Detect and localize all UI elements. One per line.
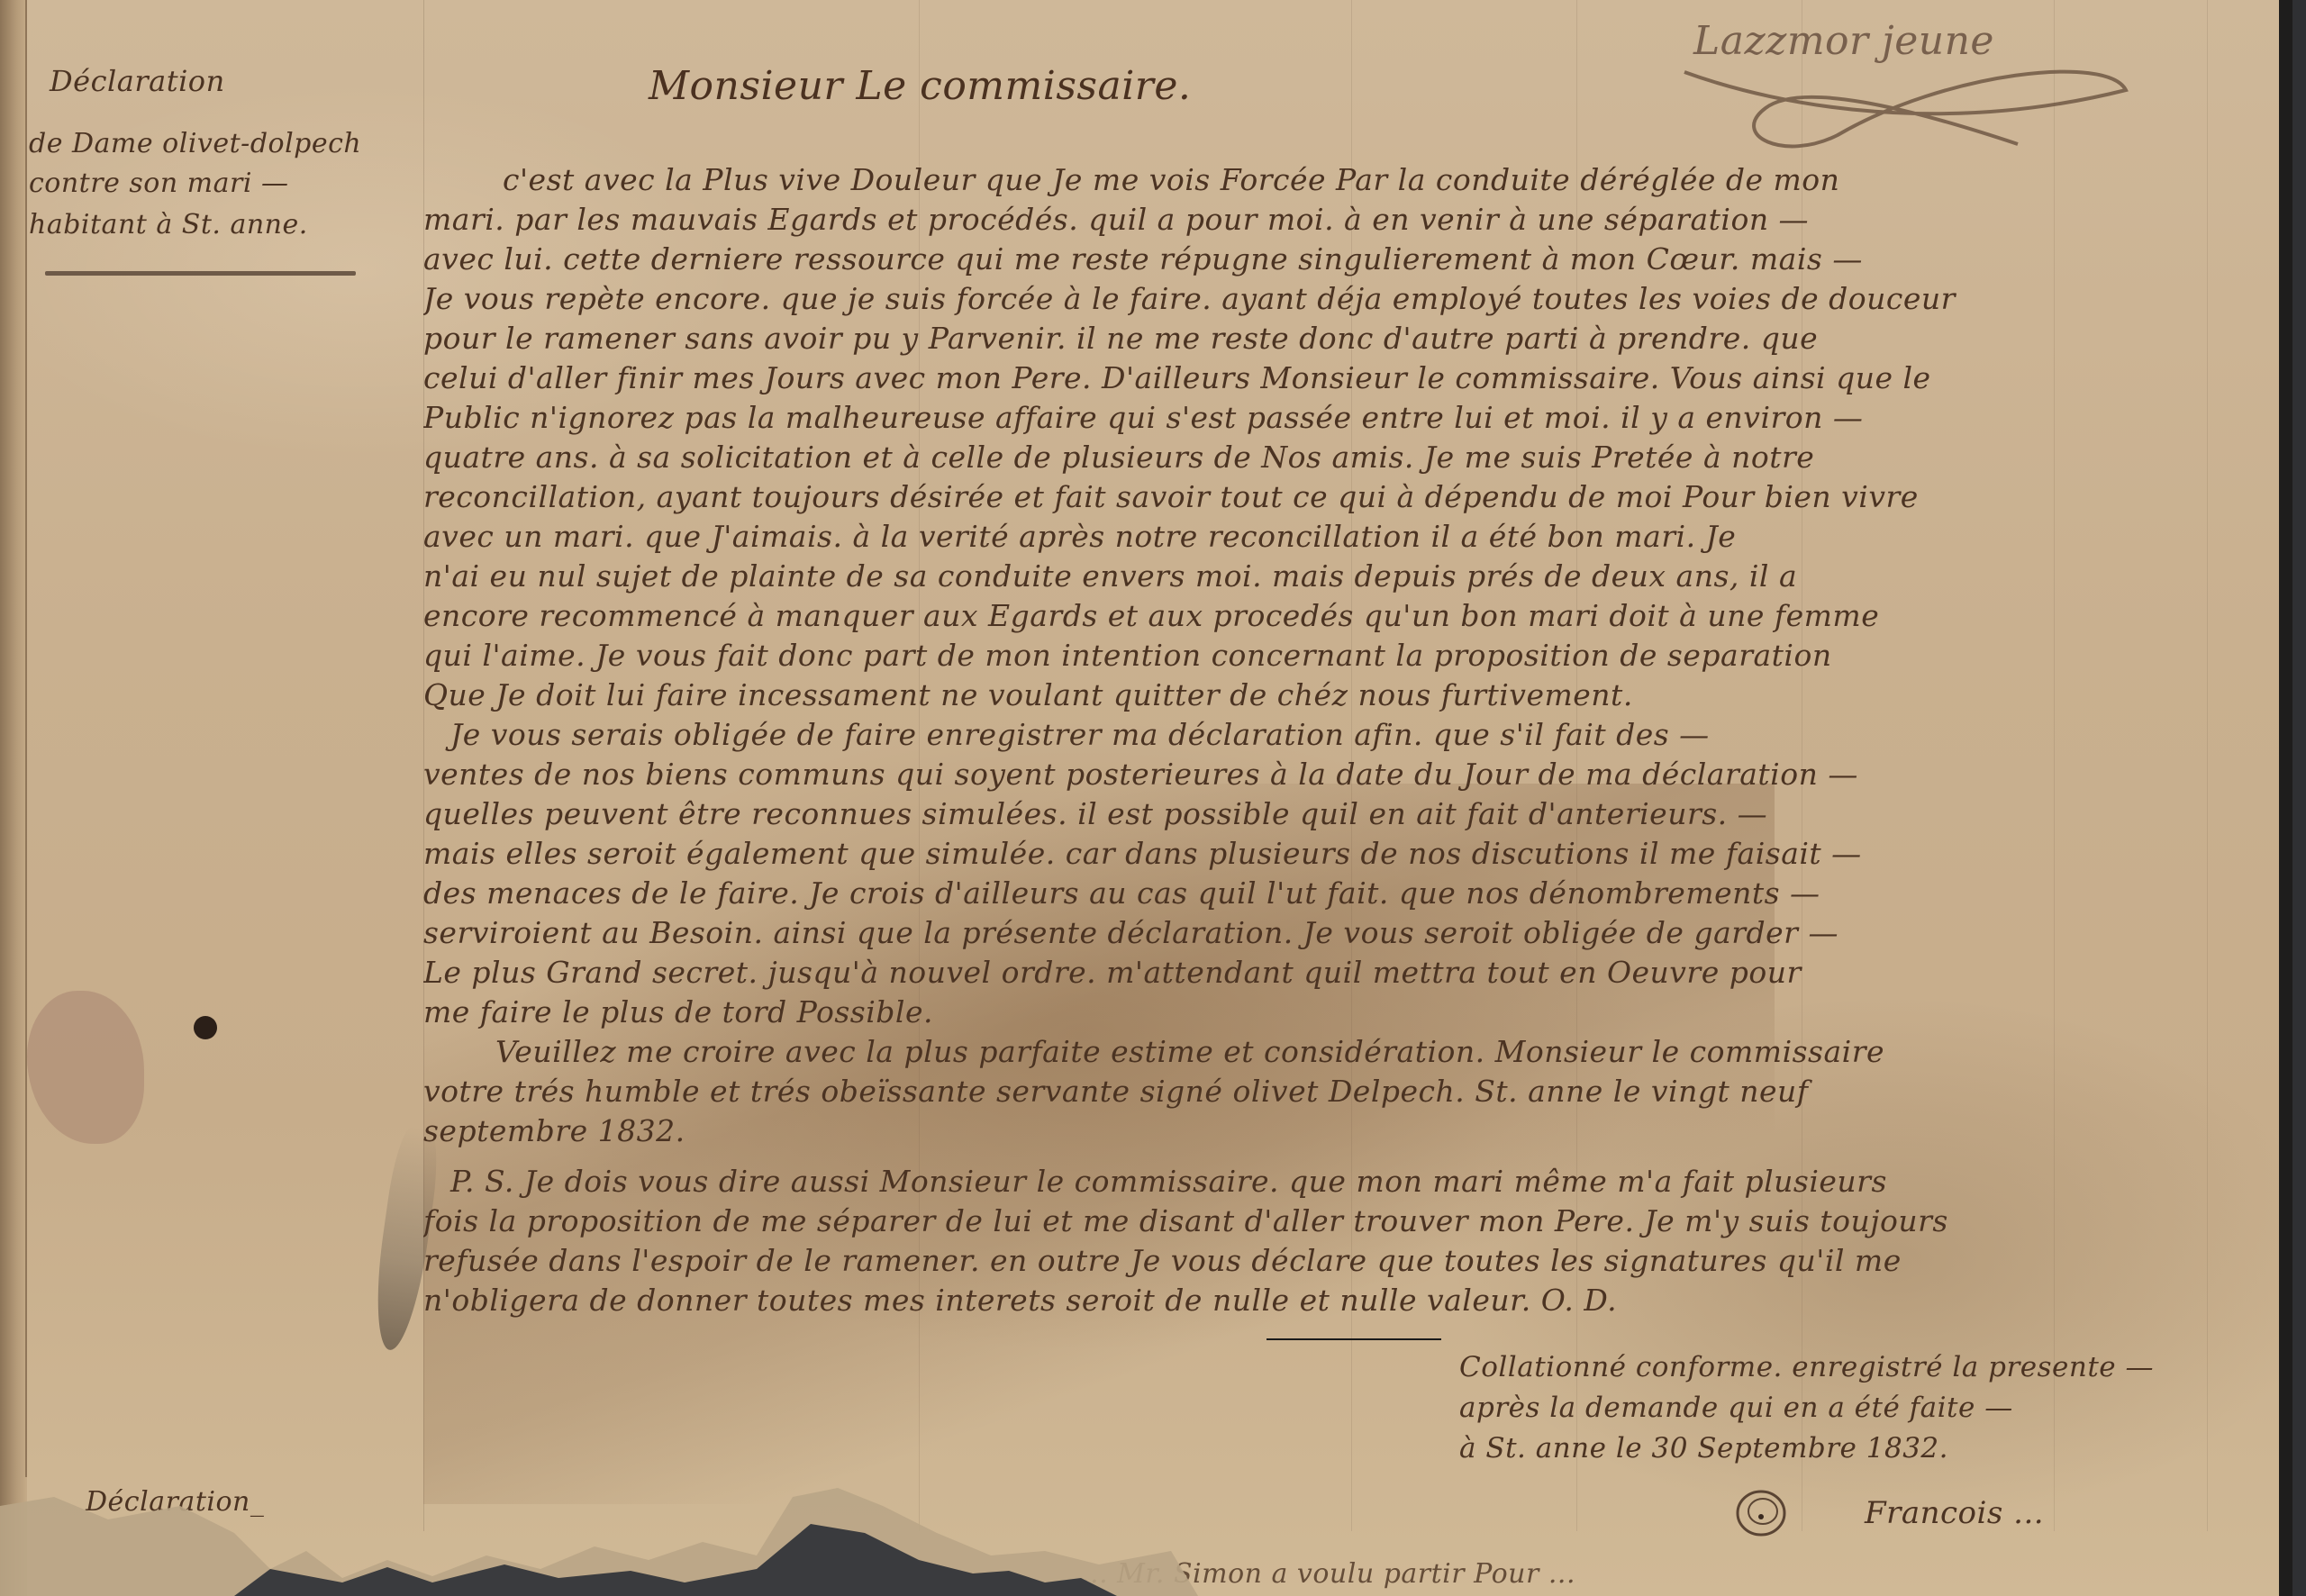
margin-line-2: contre son mari —: [29, 166, 289, 202]
postscript-line: n'obligera de donner toutes mes interets…: [423, 1281, 2279, 1320]
body-line: me faire le plus de tord Possible.: [423, 993, 2279, 1032]
body-line: reconcillation, ayant toujours désirée e…: [423, 477, 2279, 517]
body-line: serviroient au Besoin. ainsi que la prés…: [423, 913, 2279, 953]
margin-stain: [27, 991, 144, 1144]
postscript-line: P. S. Je dois vous dire aussi Monsieur l…: [423, 1162, 2306, 1202]
body-line: avec un mari. que J'aimais. à la verité …: [423, 517, 2279, 557]
closing-line: septembre 1832.: [423, 1111, 2279, 1151]
closing-line: Veuillez me croire avec la plus parfaite…: [423, 1032, 2306, 1072]
body-line: c'est avec la Plus vive Douleur que Je m…: [423, 160, 2306, 200]
margin-heading: Déclaration: [50, 63, 225, 99]
margin-line-1: de Dame olivet-dolpech: [29, 126, 361, 162]
body-line: qui l'aime. Je vous fait donc part de mo…: [423, 636, 2279, 676]
closing-line: votre trés humble et trés obeïssante ser…: [423, 1072, 2279, 1111]
body-line: quatre ans. à sa solicitation et à celle…: [423, 438, 2279, 477]
body-line: pour le ramener sans avoir pu y Parvenir…: [423, 319, 2279, 358]
page-edge-shadow: [2279, 0, 2292, 1596]
underline-rule: [1266, 1338, 1441, 1340]
body-line: Je vous repète encore. que je suis forcé…: [423, 279, 2279, 319]
book-binding-edge: [0, 0, 27, 1596]
document-page: Déclaration de Dame olivet-dolpech contr…: [0, 0, 2292, 1596]
body-line: ventes de nos biens communs qui soyent p…: [423, 755, 2279, 794]
body-line: n'ai eu nul sujet de plainte de sa condu…: [423, 557, 2279, 596]
margin-line-3: habitant à St. anne.: [29, 207, 308, 243]
certification-line: après la demande qui en a été faite —: [1459, 1392, 2013, 1424]
salutation: Monsieur Le commissaire.: [649, 63, 1191, 109]
postscript-line: fois la proposition de me séparer de lui…: [423, 1202, 2279, 1241]
body-line: Public n'ignorez pas la malheureuse affa…: [423, 398, 2279, 438]
body-line: celui d'aller finir mes Jours avec mon P…: [423, 358, 2279, 398]
body-line: quelles peuvent être reconnues simulées.…: [423, 794, 2279, 834]
binding-crease: [25, 0, 27, 1477]
body-line: avec lui. cette derniere ressource qui m…: [423, 240, 2279, 279]
certification-date: à St. anne le 30 Septembre 1832.: [1459, 1432, 1948, 1465]
torn-edge: [0, 1470, 2306, 1596]
body-line: mari. par les mauvais Egards et procédés…: [423, 200, 2279, 240]
body-line: Je vous serais obligée de faire enregist…: [423, 715, 2306, 755]
body-line: Que Je doit lui faire incessament ne vou…: [423, 676, 2279, 715]
margin-underline: [45, 271, 356, 276]
signature-flourish: [1675, 36, 2144, 162]
body-line: encore recommencé à manquer aux Egards e…: [423, 596, 2279, 636]
postscript-line: refusée dans l'espoir de le ramener. en …: [423, 1241, 2279, 1281]
body-line: mais elles seroit également que simulée.…: [423, 834, 2279, 874]
body-line: Le plus Grand secret. jusqu'à nouvel ord…: [423, 953, 2279, 993]
certification-line: Collationné conforme. enregistré la pres…: [1459, 1351, 2154, 1383]
body-line: des menaces de le faire. Je crois d'aill…: [423, 874, 2279, 913]
ink-blot: [194, 1016, 217, 1039]
